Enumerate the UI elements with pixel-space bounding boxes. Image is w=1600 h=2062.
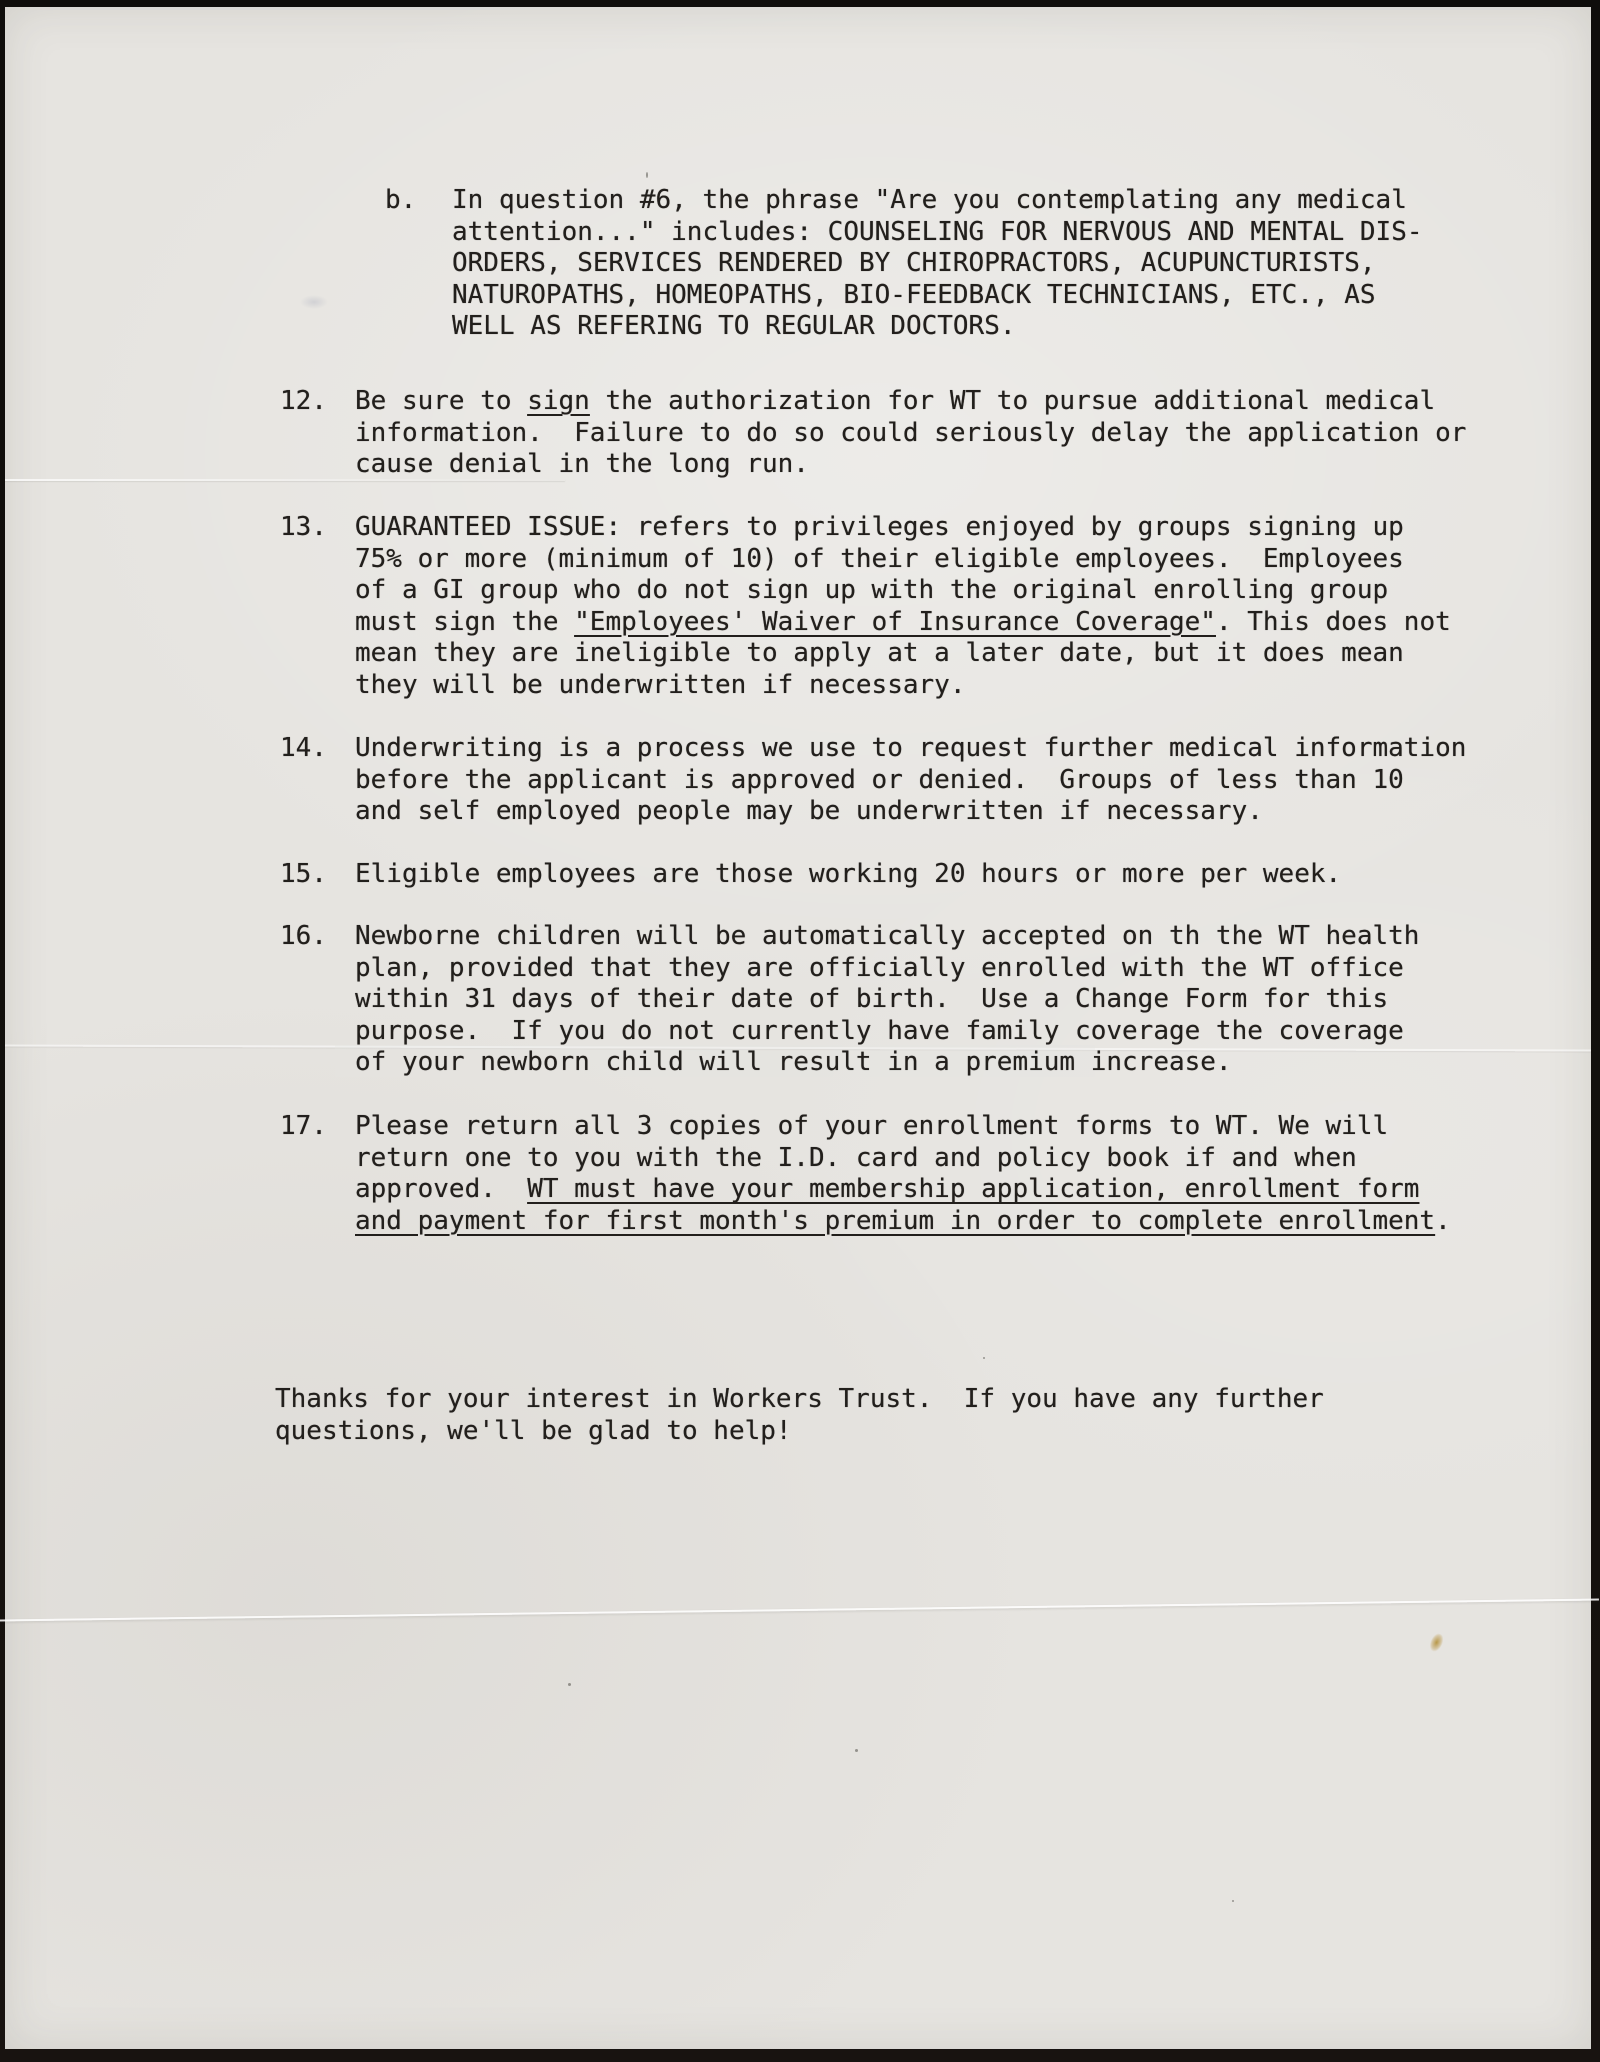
text-run: Be sure to (355, 386, 527, 416)
text-run: In question #6, the phrase "Are you cont… (452, 185, 1423, 341)
item-text: Newborne children will be automatically … (355, 921, 1419, 1079)
paper-speck (1232, 1900, 1234, 1902)
paper-speck (983, 1357, 985, 1359)
text-run: Eligible employees are those working 20 … (355, 859, 1341, 889)
text-run: Newborne children will be automatically … (355, 921, 1419, 1077)
item-text: Eligible employees are those working 20 … (355, 859, 1341, 891)
item-text: Underwriting is a process we use to requ… (355, 733, 1466, 828)
list-item-17: 17.Please return all 3 copies of your en… (280, 1111, 1451, 1237)
paper-speck (855, 1749, 858, 1752)
item-number: 15. (280, 859, 355, 891)
item-number: 16. (280, 921, 355, 1079)
item-label: b. (385, 185, 452, 343)
text-run: Thanks for your interest in Workers Trus… (275, 1384, 1324, 1446)
text-run: Underwriting is a process we use to requ… (355, 733, 1466, 826)
item-text: In question #6, the phrase "Are you cont… (452, 185, 1423, 343)
item-number: 14. (280, 733, 355, 828)
list-item-12: 12.Be sure to sign the authorization for… (280, 386, 1466, 481)
list-item-13: 13.GUARANTEED ISSUE: refers to privilege… (280, 512, 1451, 701)
item-number: 13. (280, 512, 355, 701)
item-text: GUARANTEED ISSUE: refers to privileges e… (355, 512, 1451, 701)
text-run: . (1435, 1206, 1451, 1236)
list-item-b: b. In question #6, the phrase "Are you c… (385, 185, 1423, 343)
item-number: 17. (280, 1111, 355, 1237)
item-text: Be sure to sign the authorization for WT… (355, 386, 1466, 481)
paper-speck (568, 1683, 571, 1686)
paper-stain (1422, 1631, 1447, 1661)
item-number: 12. (280, 386, 355, 481)
scanner-background: b. In question #6, the phrase "Are you c… (0, 0, 1600, 2062)
item-text: Please return all 3 copies of your enrol… (355, 1111, 1451, 1237)
closing-paragraph: Thanks for your interest in Workers Trus… (275, 1384, 1324, 1447)
list-item-15: 15.Eligible employees are those working … (280, 859, 1341, 891)
underlined-text-run: "Employees' Waiver of Insurance Coverage… (574, 607, 1216, 637)
document-page: b. In question #6, the phrase "Are you c… (5, 7, 1591, 2049)
list-item-14: 14.Underwriting is a process we use to r… (280, 733, 1466, 828)
list-item-16: 16.Newborne children will be automatical… (280, 921, 1419, 1079)
paper-crease-bottom (0, 1599, 1599, 1622)
closing-text: Thanks for your interest in Workers Trus… (275, 1384, 1324, 1447)
paper-speck (646, 172, 648, 178)
underlined-text-run: sign (527, 386, 590, 416)
ink-smudge (300, 295, 328, 309)
